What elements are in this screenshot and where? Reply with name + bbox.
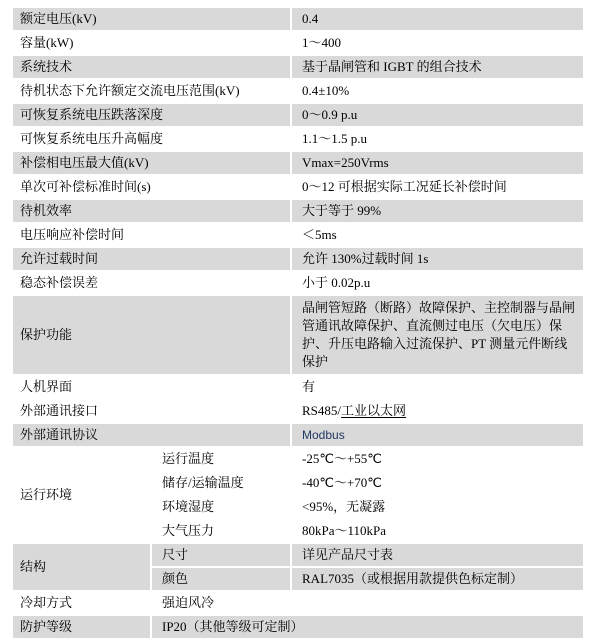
row-voltage-sag-depth: 可恢复系统电压跌落深度 0～0.9 p.u [13, 104, 585, 128]
overload-time-value: 允许 130%过载时间 1s [292, 248, 585, 272]
row-voltage-swell-range: 可恢复系统电压升高幅度 1.1～1.5 p.u [13, 128, 585, 152]
standby-efficiency-label: 待机效率 [13, 200, 292, 224]
steady-state-error-value: 小于 0.02p.u [292, 272, 585, 296]
protection-class-value: IP20（其他等级可定制） [152, 616, 585, 640]
storage-temperature-value: -40℃～+70℃ [292, 472, 585, 496]
single-compensation-time-value: 0～12 可根据实际工况延长补偿时间 [292, 176, 585, 200]
rated-voltage-label: 额定电压(kV) [13, 8, 292, 32]
capacity-value: 1～400 [292, 32, 585, 56]
row-hmi: 人机界面 有 [13, 376, 585, 400]
air-pressure-label: 大气压力 [152, 520, 292, 544]
voltage-swell-range-label: 可恢复系统电压升高幅度 [13, 128, 292, 152]
overload-time-label: 允许过载时间 [13, 248, 292, 272]
industrial-ethernet-underlined-text: 工业以太网 [341, 403, 406, 418]
air-pressure-value: 80kPa～110kPa [292, 520, 585, 544]
standby-voltage-range-label: 待机状态下允许额定交流电压范围(kV) [13, 80, 292, 104]
color-label: 颜色 [152, 568, 292, 592]
dimensions-value: 详见产品尺寸表 [292, 544, 585, 568]
system-technology-value: 基于晶闸管和 IGBT 的组合技术 [292, 56, 585, 80]
operating-temperature-value: -25℃～+55℃ [292, 448, 585, 472]
standby-efficiency-value: 大于等于 99% [292, 200, 585, 224]
row-overload-time: 允许过载时间 允许 130%过载时间 1s [13, 248, 585, 272]
row-voltage-response-time: 电压响应补偿时间 ＜5ms [13, 224, 585, 248]
row-standby-voltage-range: 待机状态下允许额定交流电压范围(kV) 0.4±10% [13, 80, 585, 104]
row-single-compensation-time: 单次可补偿标准时间(s) 0～12 可根据实际工况延长补偿时间 [13, 176, 585, 200]
steady-state-error-label: 稳态补偿误差 [13, 272, 292, 296]
row-protection-class: 防护等级 IP20（其他等级可定制） [13, 616, 585, 640]
document-page: 额定电压(kV) 0.4 容量(kW) 1～400 系统技术 基于晶闸管和 IG… [0, 0, 605, 640]
cooling-method-label: 冷却方式 [13, 592, 152, 616]
protection-class-label: 防护等级 [13, 616, 152, 640]
row-capacity: 容量(kW) 1～400 [13, 32, 585, 56]
rated-voltage-value: 0.4 [292, 8, 585, 32]
row-rated-voltage: 额定电压(kV) 0.4 [13, 8, 585, 32]
row-max-phase-voltage: 补偿相电压最大值(kV) Vmax=250Vrms [13, 152, 585, 176]
dimensions-label: 尺寸 [152, 544, 292, 568]
protection-functions-value: 晶闸管短路（断路）故障保护、主控制器与晶闸管通讯故障保护、直流侧过电压（欠电压）… [292, 296, 585, 376]
row-structure: 结构 尺寸 详见产品尺寸表 [13, 544, 585, 568]
comm-interface-value: RS485/工业以太网 [292, 400, 585, 424]
row-operating-environment: 运行环境 运行温度 -25℃～+55℃ [13, 448, 585, 472]
voltage-sag-depth-value: 0～0.9 p.u [292, 104, 585, 128]
row-protection-functions: 保护功能 晶闸管短路（断路）故障保护、主控制器与晶闸管通讯故障保护、直流侧过电压… [13, 296, 585, 376]
protection-functions-label: 保护功能 [13, 296, 292, 376]
voltage-response-time-value: ＜5ms [292, 224, 585, 248]
comm-protocol-label: 外部通讯协议 [13, 424, 292, 448]
humidity-value: <95%，无凝露 [292, 496, 585, 520]
voltage-sag-depth-label: 可恢复系统电压跌落深度 [13, 104, 292, 128]
capacity-label: 容量(kW) [13, 32, 292, 56]
row-cooling-method: 冷却方式 强迫风冷 [13, 592, 585, 616]
color-value: RAL7035（或根据用款提供色标定制） [292, 568, 585, 592]
row-standby-efficiency: 待机效率 大于等于 99% [13, 200, 585, 224]
max-phase-voltage-value: Vmax=250Vrms [292, 152, 585, 176]
system-technology-label: 系统技术 [13, 56, 292, 80]
voltage-response-time-label: 电压响应补偿时间 [13, 224, 292, 248]
hmi-value: 有 [292, 376, 585, 400]
operating-temperature-label: 运行温度 [152, 448, 292, 472]
max-phase-voltage-label: 补偿相电压最大值(kV) [13, 152, 292, 176]
row-system-technology: 系统技术 基于晶闸管和 IGBT 的组合技术 [13, 56, 585, 80]
standby-voltage-range-value: 0.4±10% [292, 80, 585, 104]
spec-table: 额定电压(kV) 0.4 容量(kW) 1～400 系统技术 基于晶闸管和 IG… [13, 8, 585, 640]
storage-temperature-label: 储存/运输温度 [152, 472, 292, 496]
row-steady-state-error: 稳态补偿误差 小于 0.02p.u [13, 272, 585, 296]
voltage-swell-range-value: 1.1～1.5 p.u [292, 128, 585, 152]
humidity-label: 环境湿度 [152, 496, 292, 520]
comm-interface-value-prefix: RS485/ [302, 403, 341, 418]
row-comm-protocol: 外部通讯协议 Modbus [13, 424, 585, 448]
hmi-label: 人机界面 [13, 376, 292, 400]
comm-interface-label: 外部通讯接口 [13, 400, 292, 424]
structure-label: 结构 [13, 544, 152, 592]
cooling-method-value: 强迫风冷 [152, 592, 585, 616]
operating-environment-label: 运行环境 [13, 448, 152, 544]
single-compensation-time-label: 单次可补偿标准时间(s) [13, 176, 292, 200]
comm-protocol-value: Modbus [292, 424, 585, 448]
row-comm-interface: 外部通讯接口 RS485/工业以太网 [13, 400, 585, 424]
